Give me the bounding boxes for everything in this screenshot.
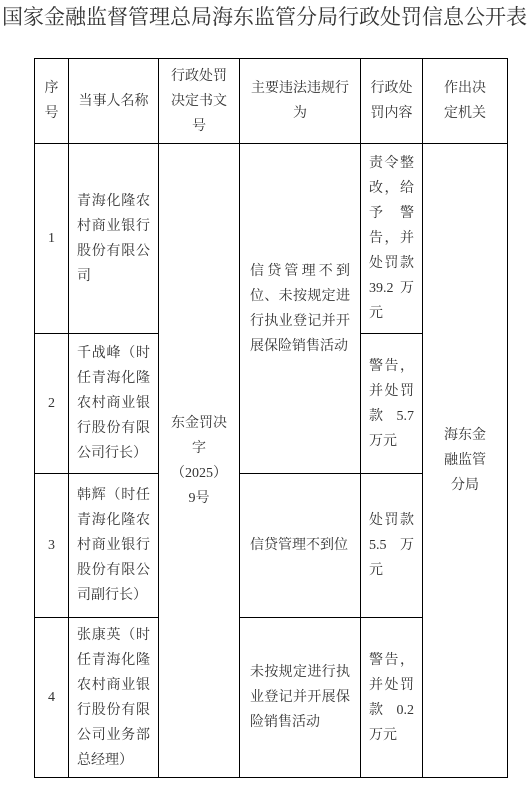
table-header-row: 序号 当事人名称 行政处罚决定书文号 主要违法违规行为 行政处罚内容 作出决定机… — [35, 59, 508, 144]
party-name-cell: 张康英（时任青海化隆农村商业银行股份有限公司业务部总经理） — [69, 618, 159, 778]
penalty-cell: 警告，并处罚款5.7万元 — [361, 334, 423, 474]
page-title: 国家金融监督管理总局海东监管分局行政处罚信息公开表 — [2, 5, 532, 29]
column-header-party: 当事人名称 — [69, 59, 159, 144]
column-header-seq: 序号 — [35, 59, 69, 144]
column-header-violation: 主要违法违规行为 — [240, 59, 361, 144]
penalty-cell: 警告，并处罚款0.2万元 — [361, 618, 423, 778]
seq-cell: 3 — [35, 474, 69, 618]
penalty-disclosure-table: 序号 当事人名称 行政处罚决定书文号 主要违法违规行为 行政处罚内容 作出决定机… — [34, 58, 508, 778]
violation-cell: 信贷管理不到位、未按规定进行执业登记并开展保险销售活动 — [240, 144, 361, 474]
page: { "page_title": "国家金融监督管理总局海东监管分局行政处罚信息公… — [0, 0, 532, 792]
column-header-doc-number: 行政处罚决定书文号 — [159, 59, 240, 144]
party-name-cell: 千战峰（时任青海化隆农村商业银行股份有限公司行长） — [69, 334, 159, 474]
authority-cell: 海东金融监管分局 — [423, 144, 508, 778]
violation-cell: 未按规定进行执业登记并开展保险销售活动 — [240, 618, 361, 778]
violation-cell: 信贷管理不到位 — [240, 474, 361, 618]
table-row: 1 青海化隆农村商业银行股份有限公司 东金罚决字（2025）9号 信贷管理不到位… — [35, 144, 508, 334]
seq-cell: 1 — [35, 144, 69, 334]
party-name-cell: 韩辉（时任青海化隆农村商业银行股份有限公司副行长） — [69, 474, 159, 618]
seq-cell: 4 — [35, 618, 69, 778]
column-header-penalty: 行政处罚内容 — [361, 59, 423, 144]
penalty-cell: 处罚款5.5万元 — [361, 474, 423, 618]
penalty-cell: 责令整改，给予警告，并处罚款39.2万元 — [361, 144, 423, 334]
seq-cell: 2 — [35, 334, 69, 474]
column-header-authority: 作出决定机关 — [423, 59, 508, 144]
doc-number-cell: 东金罚决字（2025）9号 — [159, 144, 240, 778]
party-name-cell: 青海化隆农村商业银行股份有限公司 — [69, 144, 159, 334]
